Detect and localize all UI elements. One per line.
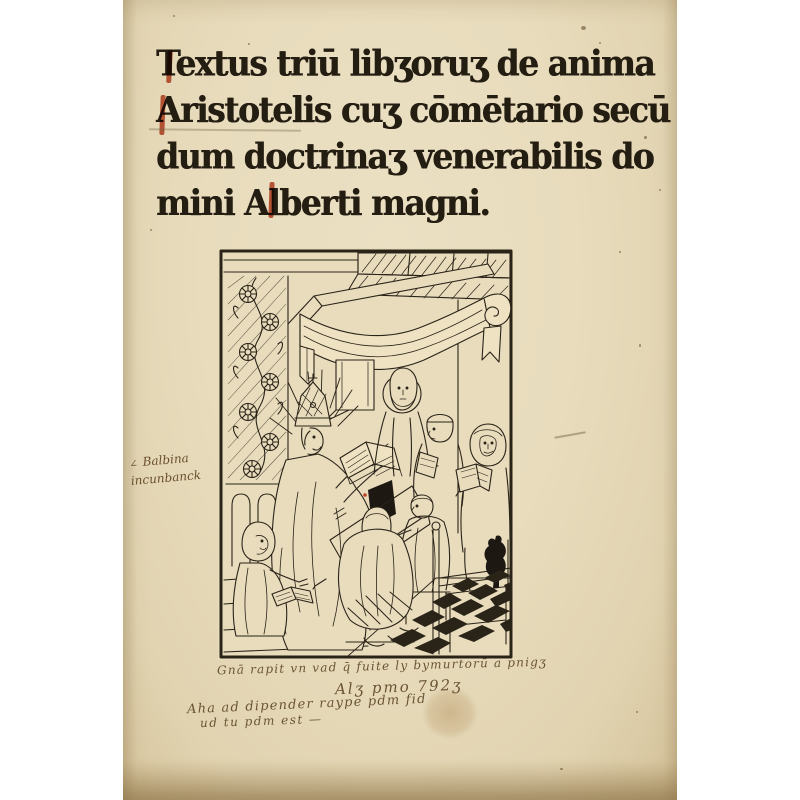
parchment-page: Textus triū libʒoruʒ de anima Aristoteli… <box>123 0 677 800</box>
foxing-speck <box>560 768 563 770</box>
inscription-line-4: ud tu pdm est — <box>200 712 323 730</box>
foxing-speck <box>599 42 601 44</box>
foxing-speck <box>639 344 641 347</box>
foxing-speck <box>150 229 152 231</box>
title-line-1: Textus triū libʒoruʒ de anima <box>156 40 656 86</box>
foxing-speck <box>659 189 661 191</box>
foxing-speck <box>581 26 586 30</box>
marginalia-line-1: Balbina <box>142 451 189 469</box>
foxing-speck <box>636 711 638 713</box>
stray-pen-mark <box>554 431 586 439</box>
marginalia-pointer-mark: ∠ <box>129 458 138 470</box>
foxing-speck <box>644 136 647 139</box>
foxing-speck <box>173 15 175 17</box>
title-line-2: Aristotelis cuʒ cōmētario secū <box>156 86 656 132</box>
woodcut-illustration <box>218 248 514 660</box>
foxing-speck <box>248 43 250 45</box>
ink-stain <box>423 688 477 738</box>
red-paint-fleck <box>363 493 367 497</box>
marginalia-line-2: incunbanck <box>130 468 201 488</box>
marginal-annotation: ∠Balbina incunbanck <box>129 449 202 490</box>
title-line-4: mini Alberti magni. <box>156 179 656 225</box>
screenshot-root: { "document": { "title_lines": [ "Textus… <box>0 0 800 800</box>
foxing-speck <box>619 251 621 253</box>
printed-title: Textus triū libʒoruʒ de anima Aristoteli… <box>156 40 656 226</box>
title-line-3: dum doctrinaʒ venerabilis do <box>156 133 656 179</box>
